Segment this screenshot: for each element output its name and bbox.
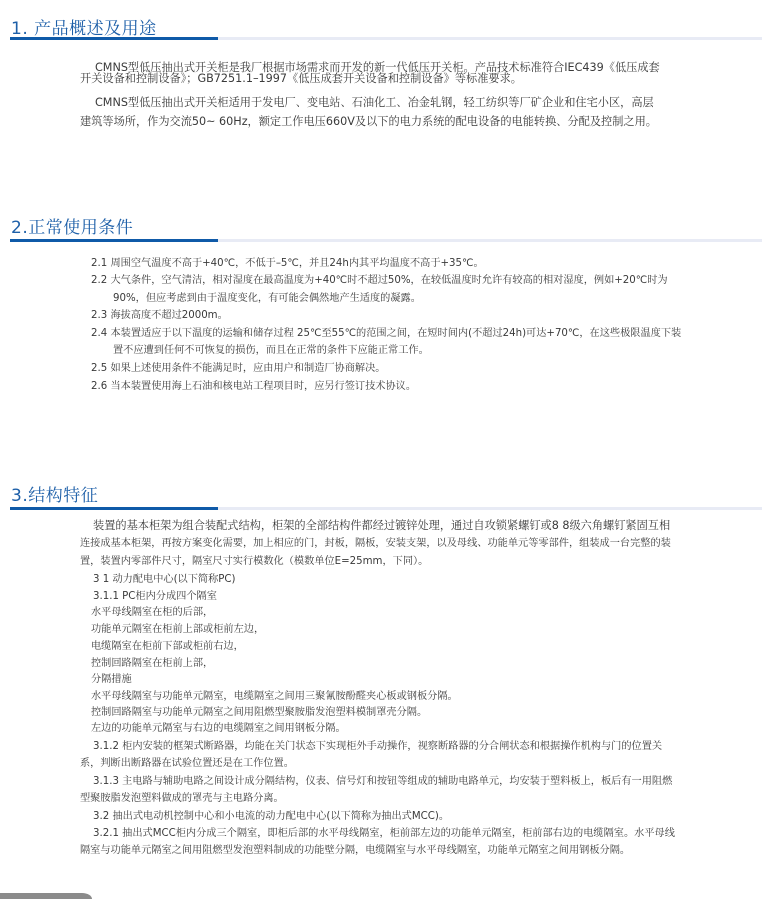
paragraph-line: 3.1.2 柜内安装的框架式断路器，均能在关门状态下实现柜外手动操作，视察断路器… [93,738,662,755]
bottom-decorative-tab [0,893,92,899]
heading-rule-accent [10,239,218,242]
section-heading: 3.结构特征 [11,481,98,506]
paragraph-line: CMNS型低压抽出式开关柜适用于发电厂、变电站、石油化工、冶金轧钢，轻工纺织等厂… [95,94,654,111]
condition-item: 2.4 本装置适应于以下温度的运输和储存过程 25℃至55℃的范围之间，在短时间… [91,325,681,342]
paragraph-line: 开关设备和控制设备》；GB7251.1–1997《低压成套开关设备和控制设备》等… [80,70,522,87]
condition-item-continued: 90%，但应考虑到由于温度变化，有可能会偶然地产生适度的凝露。 [113,290,421,307]
condition-item: 2.6 当本装置使用海上石油和核电站工程项目时，应另行签订技术协议。 [91,378,416,395]
paragraph-line: 隔室与功能单元隔室之间用阻燃型发泡塑料制成的功能壁分隔，电缆隔室与水平母线隔室，… [80,842,630,859]
list-item: 电缆隔室在柜前下部或柜前右边， [91,638,244,655]
section-heading: 1. 产品概述及用途 [11,14,157,39]
paragraph-line: 3.2.1 抽出式MCC柜内分成三个隔室，即柜后部的水平母线隔室，柜前部左边的功… [93,825,675,842]
paragraph-line: 型聚胺脂发泡塑料做成的罩壳与主电路分离。 [80,790,284,807]
condition-item: 2.2 大气条件，空气清洁，相对湿度在最高温度为+40℃时不超过50%，在较低温… [91,272,668,289]
paragraph-line: 置，装置内零部件尺寸，隔室尺寸实行模数化（模数单位E=25mm，下同）。 [80,553,428,570]
heading-rule-accent [10,37,218,40]
paragraph-line: 3.1.3 主电路与辅助电路之间设计成分隔结构，仪表、信号灯和按钮等组成的辅助电… [93,773,672,790]
paragraph-line: 3.2 抽出式电动机控制中心和小电流的动力配电中心(以下简称为抽出式MCC)。 [93,808,449,825]
list-item: 分隔措施 [91,671,132,688]
list-item: 功能单元隔室在柜前上部或柜前左边， [91,621,264,638]
paragraph-line: 连接成基本柜架，再按方案变化需要，加上相应的门，封板，隔板，安装支架，以及母线、… [80,535,671,552]
list-item: 控制回路隔室在柜前上部， [91,655,213,672]
section-heading: 2.正常使用条件 [11,213,133,238]
condition-item-continued: 置不应遭到任何不可恢复的损伤，而且在正常的条件下应能正常工作。 [113,342,429,359]
condition-item: 2.3 海拔高度不超过2000m。 [91,307,228,324]
condition-item: 2.1 周围空气温度不高于+40℃，不低于–5℃，并且24h内其平均温度不高于+… [91,255,484,272]
paragraph-line: 建筑等场所，作为交流50~ 60Hz，额定工作电压660V及以下的电力系统的配电… [80,113,657,130]
list-item: 水平母线隔室在柜的后部， [91,604,213,621]
subsection-title: 3.1.1 PC柜内分成四个隔室 [93,588,217,605]
list-item: 控制回路隔室与功能单元隔室之间用阻燃型聚胺脂发泡塑料模制罩壳分隔。 [91,704,427,721]
subsection-title: 3 1 动力配电中心(以下简称PC) [93,571,236,588]
list-item: 左边的功能单元隔室与右边的电缆隔室之间用钢板分隔。 [91,720,346,737]
condition-item: 2.5 如果上述使用条件不能满足时，应由用户和制造厂协商解决。 [91,360,386,377]
heading-rule-accent [10,507,218,510]
paragraph-line: 系，判断出断路器在试验位置还是在工作位置。 [80,755,294,772]
list-item: 水平母线隔室与功能单元隔室，电缆隔室之间用三聚氰胺酚醛夹心板或钢板分隔。 [91,688,458,705]
paragraph-line: 装置的基本柜架为组合装配式结构，柜架的全部结构件都经过镀锌处理，通过自攻锁紧螺钉… [93,517,670,534]
